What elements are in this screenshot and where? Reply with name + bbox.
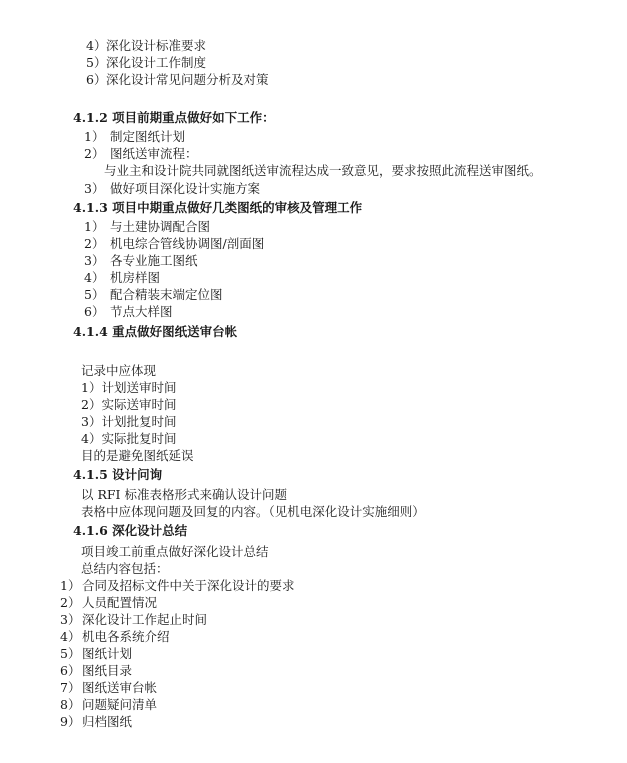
body-text: 表格中应体现问题及回复的内容。（见机电深化设计实施细则） <box>81 503 425 520</box>
section-heading: 4.1.5 设计问询 <box>73 466 162 483</box>
list-item: 4）机电各系统介绍 <box>60 628 170 645</box>
list-item: 5）深化设计工作制度 <box>86 54 206 71</box>
list-item: 9）归档图纸 <box>60 713 132 730</box>
intro-text: 记录中应体现 <box>81 362 156 379</box>
list-item: 2）图纸送审流程： <box>84 145 198 162</box>
list-item: 4）实际批复时间 <box>81 430 176 447</box>
list-item: 2）人员配置情况 <box>60 594 157 611</box>
list-item: 5）图纸计划 <box>60 645 132 662</box>
list-item: 3）做好项目深化设计实施方案 <box>84 180 260 197</box>
list-item: 6）节点大样图 <box>84 303 173 320</box>
list-item: 3）计划批复时间 <box>81 413 176 430</box>
section-heading: 4.1.6 深化设计总结 <box>73 522 187 539</box>
list-item: 1）与土建协调配合图 <box>84 218 210 235</box>
section-heading: 4.1.2 项目前期重点做好如下工作： <box>73 109 275 126</box>
list-item: 1）制定图纸计划 <box>84 128 185 145</box>
body-text: 总结内容包括： <box>81 560 169 577</box>
list-item: 6）深化设计常见问题分析及对策 <box>86 71 269 88</box>
list-item: 5）配合精装末端定位图 <box>84 286 223 303</box>
list-item: 4）深化设计标准要求 <box>86 37 206 54</box>
list-item: 4）机房样图 <box>84 269 160 286</box>
list-item: 6）图纸目录 <box>60 662 132 679</box>
section-heading: 4.1.3 项目中期重点做好几类图纸的审核及管理工作 <box>73 199 362 216</box>
list-item: 1）计划送审时间 <box>81 379 176 396</box>
list-item: 2）实际送审时间 <box>81 396 176 413</box>
body-text: 项目竣工前重点做好深化设计总结 <box>81 543 269 560</box>
outro-text: 目的是避免图纸延误 <box>81 447 194 464</box>
list-item: 3）各专业施工图纸 <box>84 252 198 269</box>
body-text: 以 RFI 标准表格形式来确认设计问题 <box>81 486 287 503</box>
section-heading: 4.1.4 重点做好图纸送审台帐 <box>73 323 237 340</box>
list-item: 2）机电综合管线协调图/剖面图 <box>84 235 264 252</box>
note-text: 与业主和设计院共同就图纸送审流程达成一致意见，要求按照此流程送审图纸。 <box>104 162 542 179</box>
list-item: 7）图纸送审台帐 <box>60 679 157 696</box>
list-item: 1）合同及招标文件中关于深化设计的要求 <box>60 577 295 594</box>
list-item: 3）深化设计工作起止时间 <box>60 611 207 628</box>
list-item: 8）问题疑问清单 <box>60 696 157 713</box>
